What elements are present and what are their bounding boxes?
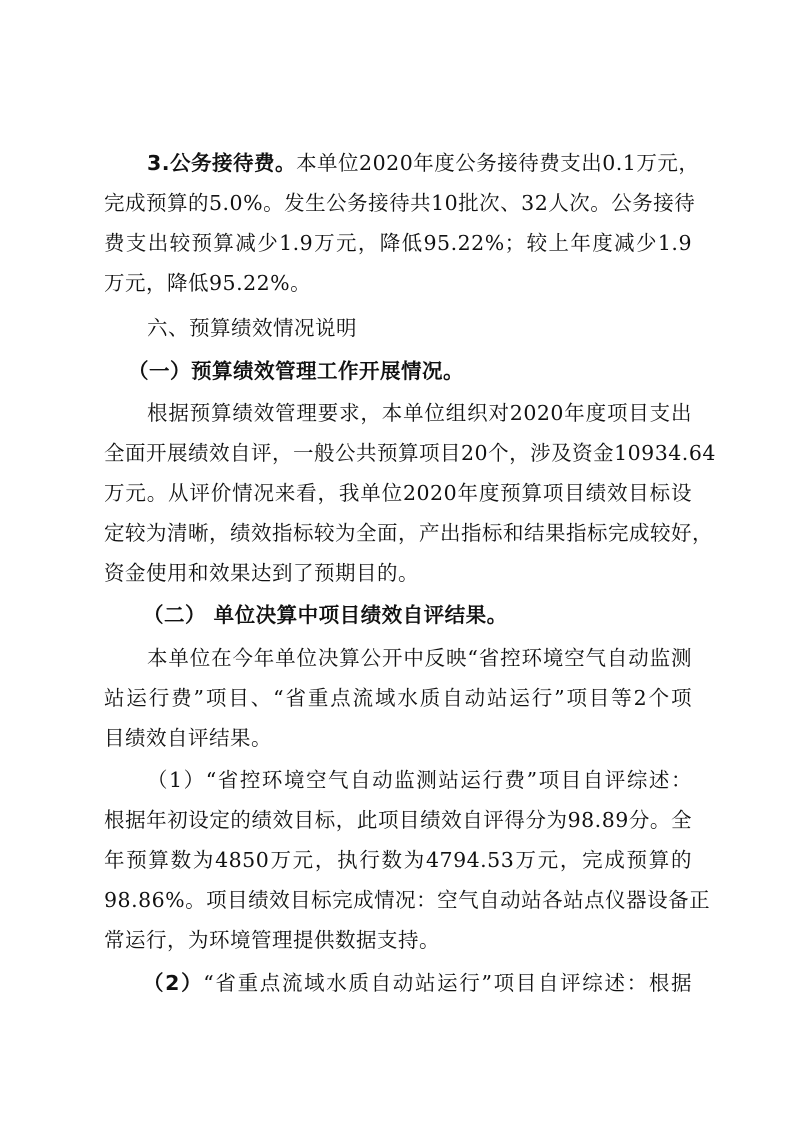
section-heading: 六、预算绩效情况说明 (147, 313, 692, 343)
paragraph-line: 定较为清晰，绩效指标较为全面，产出指标和结果指标完成较好， (104, 518, 692, 548)
paragraph-line: 站运行费”项目、“省重点流域水质自动站运行”项目等2个项 (104, 683, 692, 713)
paragraph-line: 常运行，为环境管理提供数据支持。 (104, 925, 692, 955)
document-page: 3.公务接待费。本单位2020年度公务接待费支出0.1万元， 完成预算的5.0%… (0, 0, 793, 1122)
paragraph-line: 本单位在今年单位决算公开中反映“省控环境空气自动监测 (147, 643, 692, 673)
paragraph-line: 3.公务接待费。本单位2020年度公务接待费支出0.1万元， (147, 148, 692, 178)
paragraph-line: 目绩效自评结果。 (104, 723, 692, 753)
paragraph-line: 全面开展绩效自评，一般公共预算项目20个，涉及资金10934.64 (104, 438, 692, 468)
subsection-heading: （一）预算绩效管理工作开展情况。 (128, 356, 716, 386)
paragraph-line: （2）“省重点流域水质自动站运行”项目自评综述：根据 (143, 968, 692, 998)
paragraph-line: 资金使用和效果达到了预期目的。 (104, 558, 692, 588)
paragraph-line: 98.86%。项目绩效目标完成情况：空气自动站各站点仪器设备正 (104, 885, 692, 915)
section-label: 3.公务接待费。 (147, 151, 296, 175)
paragraph-line: 万元，降低95.22%。 (104, 268, 692, 298)
paragraph-line: 年预算数为4850万元，执行数为4794.53万元，完成预算的 (104, 845, 692, 875)
paragraph-line: 根据预算绩效管理要求，本单位组织对2020年度项目支出 (147, 398, 692, 428)
paragraph-line: 根据年初设定的绩效目标，此项目绩效自评得分为98.89分。全 (104, 805, 692, 835)
subsection-heading: （二） 单位决算中项目绩效自评结果。 (143, 600, 731, 630)
paragraph-text: 本单位2020年度公务接待费支出0.1万元， (296, 151, 699, 175)
item-label: （2） (143, 971, 203, 995)
paragraph-line: 费支出较预算减少1.9万元，降低95.22%；较上年度减少1.9 (104, 228, 692, 258)
paragraph-line: 万元。从评价情况来看，我单位2020年度预算项目绩效目标设 (104, 478, 692, 508)
paragraph-line: 完成预算的5.0%。发生公务接待共10批次、32人次。公务接待 (104, 188, 692, 218)
paragraph-line: （1）“省控环境空气自动监测站运行费”项目自评综述： (147, 765, 692, 795)
paragraph-text: “省重点流域水质自动站运行”项目自评综述：根据 (203, 971, 692, 995)
